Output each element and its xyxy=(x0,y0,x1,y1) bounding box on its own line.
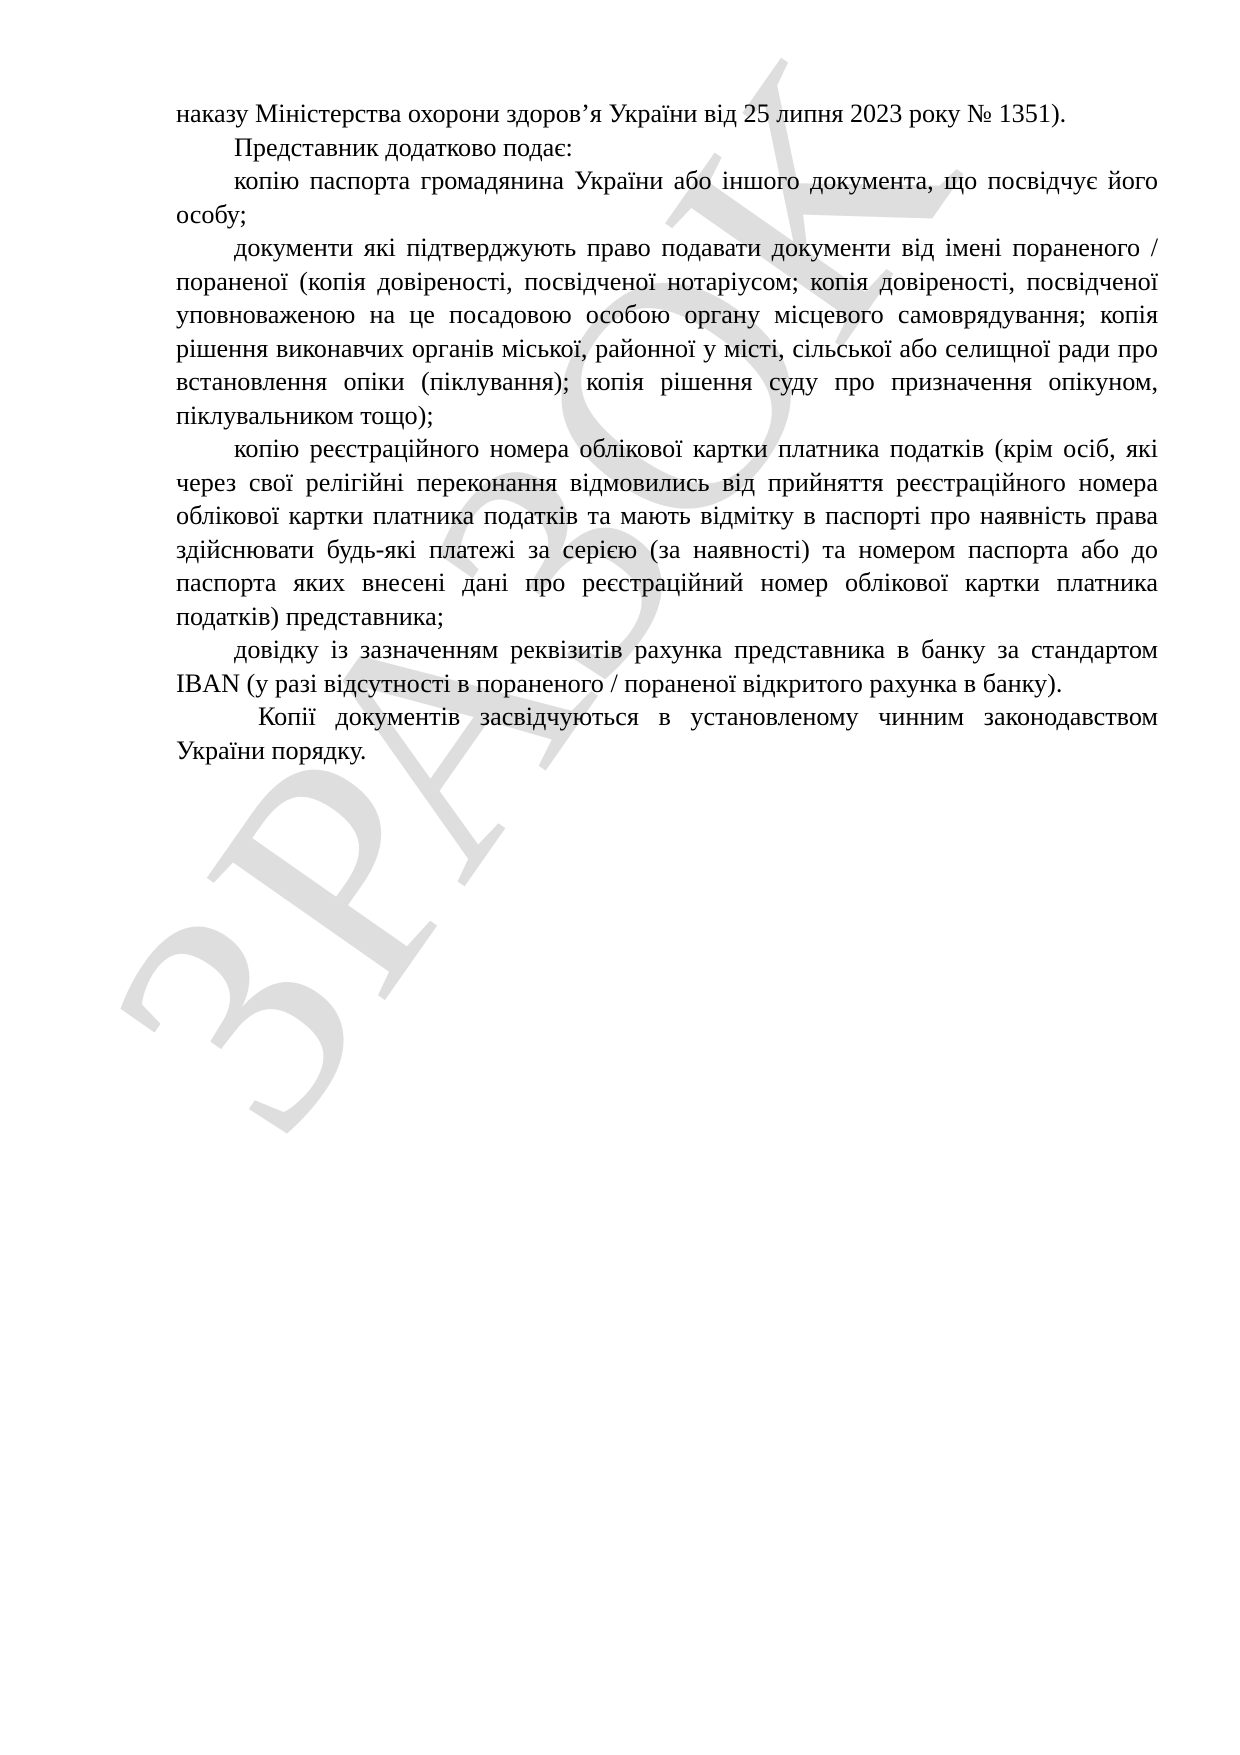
list-item-tax-number-copy: копію реєстраційного номера облікової ка… xyxy=(176,432,1158,633)
paragraph-representative-intro: Представник додатково подає: xyxy=(176,131,1158,165)
document-page: ЗРАЗОК наказу Міністерства охорони здоро… xyxy=(0,0,1240,1755)
paragraph-copies-certification: Копії документів засвідчуються в установ… xyxy=(176,700,1158,767)
list-item-bank-certificate: довідку із зазначенням реквізитів рахунк… xyxy=(176,633,1158,700)
list-item-passport-copy: копію паспорта громадянина України або і… xyxy=(176,164,1158,231)
list-item-authority-documents: документи які підтверджують право подава… xyxy=(176,231,1158,432)
document-body: наказу Міністерства охорони здоров’я Укр… xyxy=(176,97,1158,767)
paragraph-order-reference: наказу Міністерства охорони здоров’я Укр… xyxy=(176,97,1158,131)
